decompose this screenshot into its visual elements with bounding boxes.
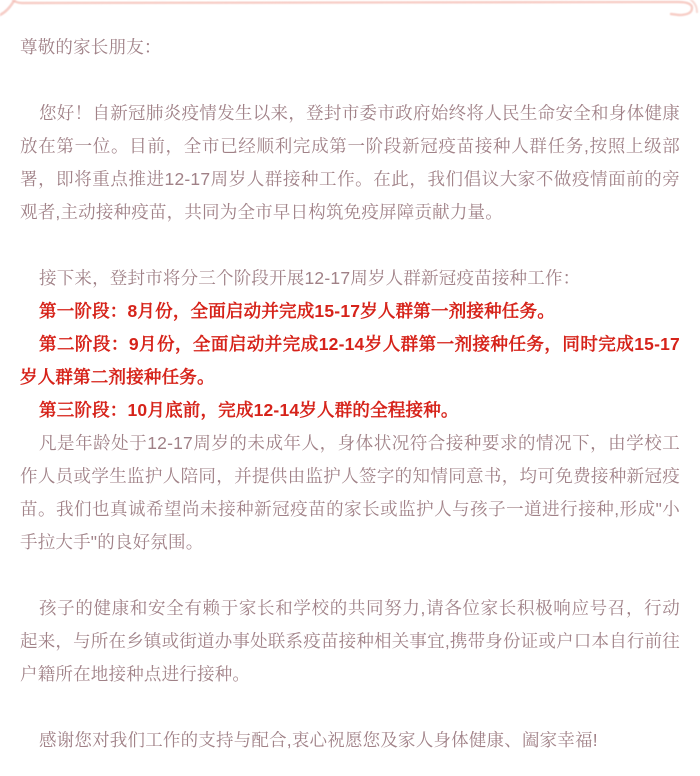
plan-intro-paragraph: 接下来，登封市将分三个阶段开展12-17周岁人群新冠疫苗接种工作： (20, 262, 680, 295)
letter-page: 尊敬的家长朋友： 您好！自新冠肺炎疫情发生以来，登封市委市政府始终将人民生命安全… (0, 0, 700, 776)
closing-paragraph: 感谢您对我们工作的支持与配合,衷心祝愿您及家人身体健康、阖家幸福! (20, 724, 680, 757)
stage-3-line: 第三阶段：10月底前，完成12-14岁人群的全程接种。 (20, 394, 680, 427)
call-to-action-paragraph: 孩子的健康和安全有赖于家长和学校的共同努力,请各位家长积极响应号召，行动起来，与… (20, 592, 680, 691)
stage-2-line: 第二阶段：9月份，全面启动并完成12-14岁人群第一剂接种任务，同时完成15-1… (20, 328, 680, 394)
decorative-frame-border (0, 0, 700, 30)
intro-paragraph: 您好！自新冠肺炎疫情发生以来，登封市委市政府始终将人民生命安全和身体健康放在第一… (20, 97, 680, 229)
stage-1-line: 第一阶段：8月份，全面启动并完成15-17岁人群第一剂接种任务。 (20, 295, 680, 328)
salutation: 尊敬的家长朋友： (20, 31, 680, 64)
eligibility-paragraph: 凡是年龄处于12-17周岁的未成年人，身体状况符合接种要求的情况下，由学校工作人… (20, 427, 680, 559)
letter-body: 尊敬的家长朋友： 您好！自新冠肺炎疫情发生以来，登封市委市政府始终将人民生命安全… (20, 31, 680, 757)
